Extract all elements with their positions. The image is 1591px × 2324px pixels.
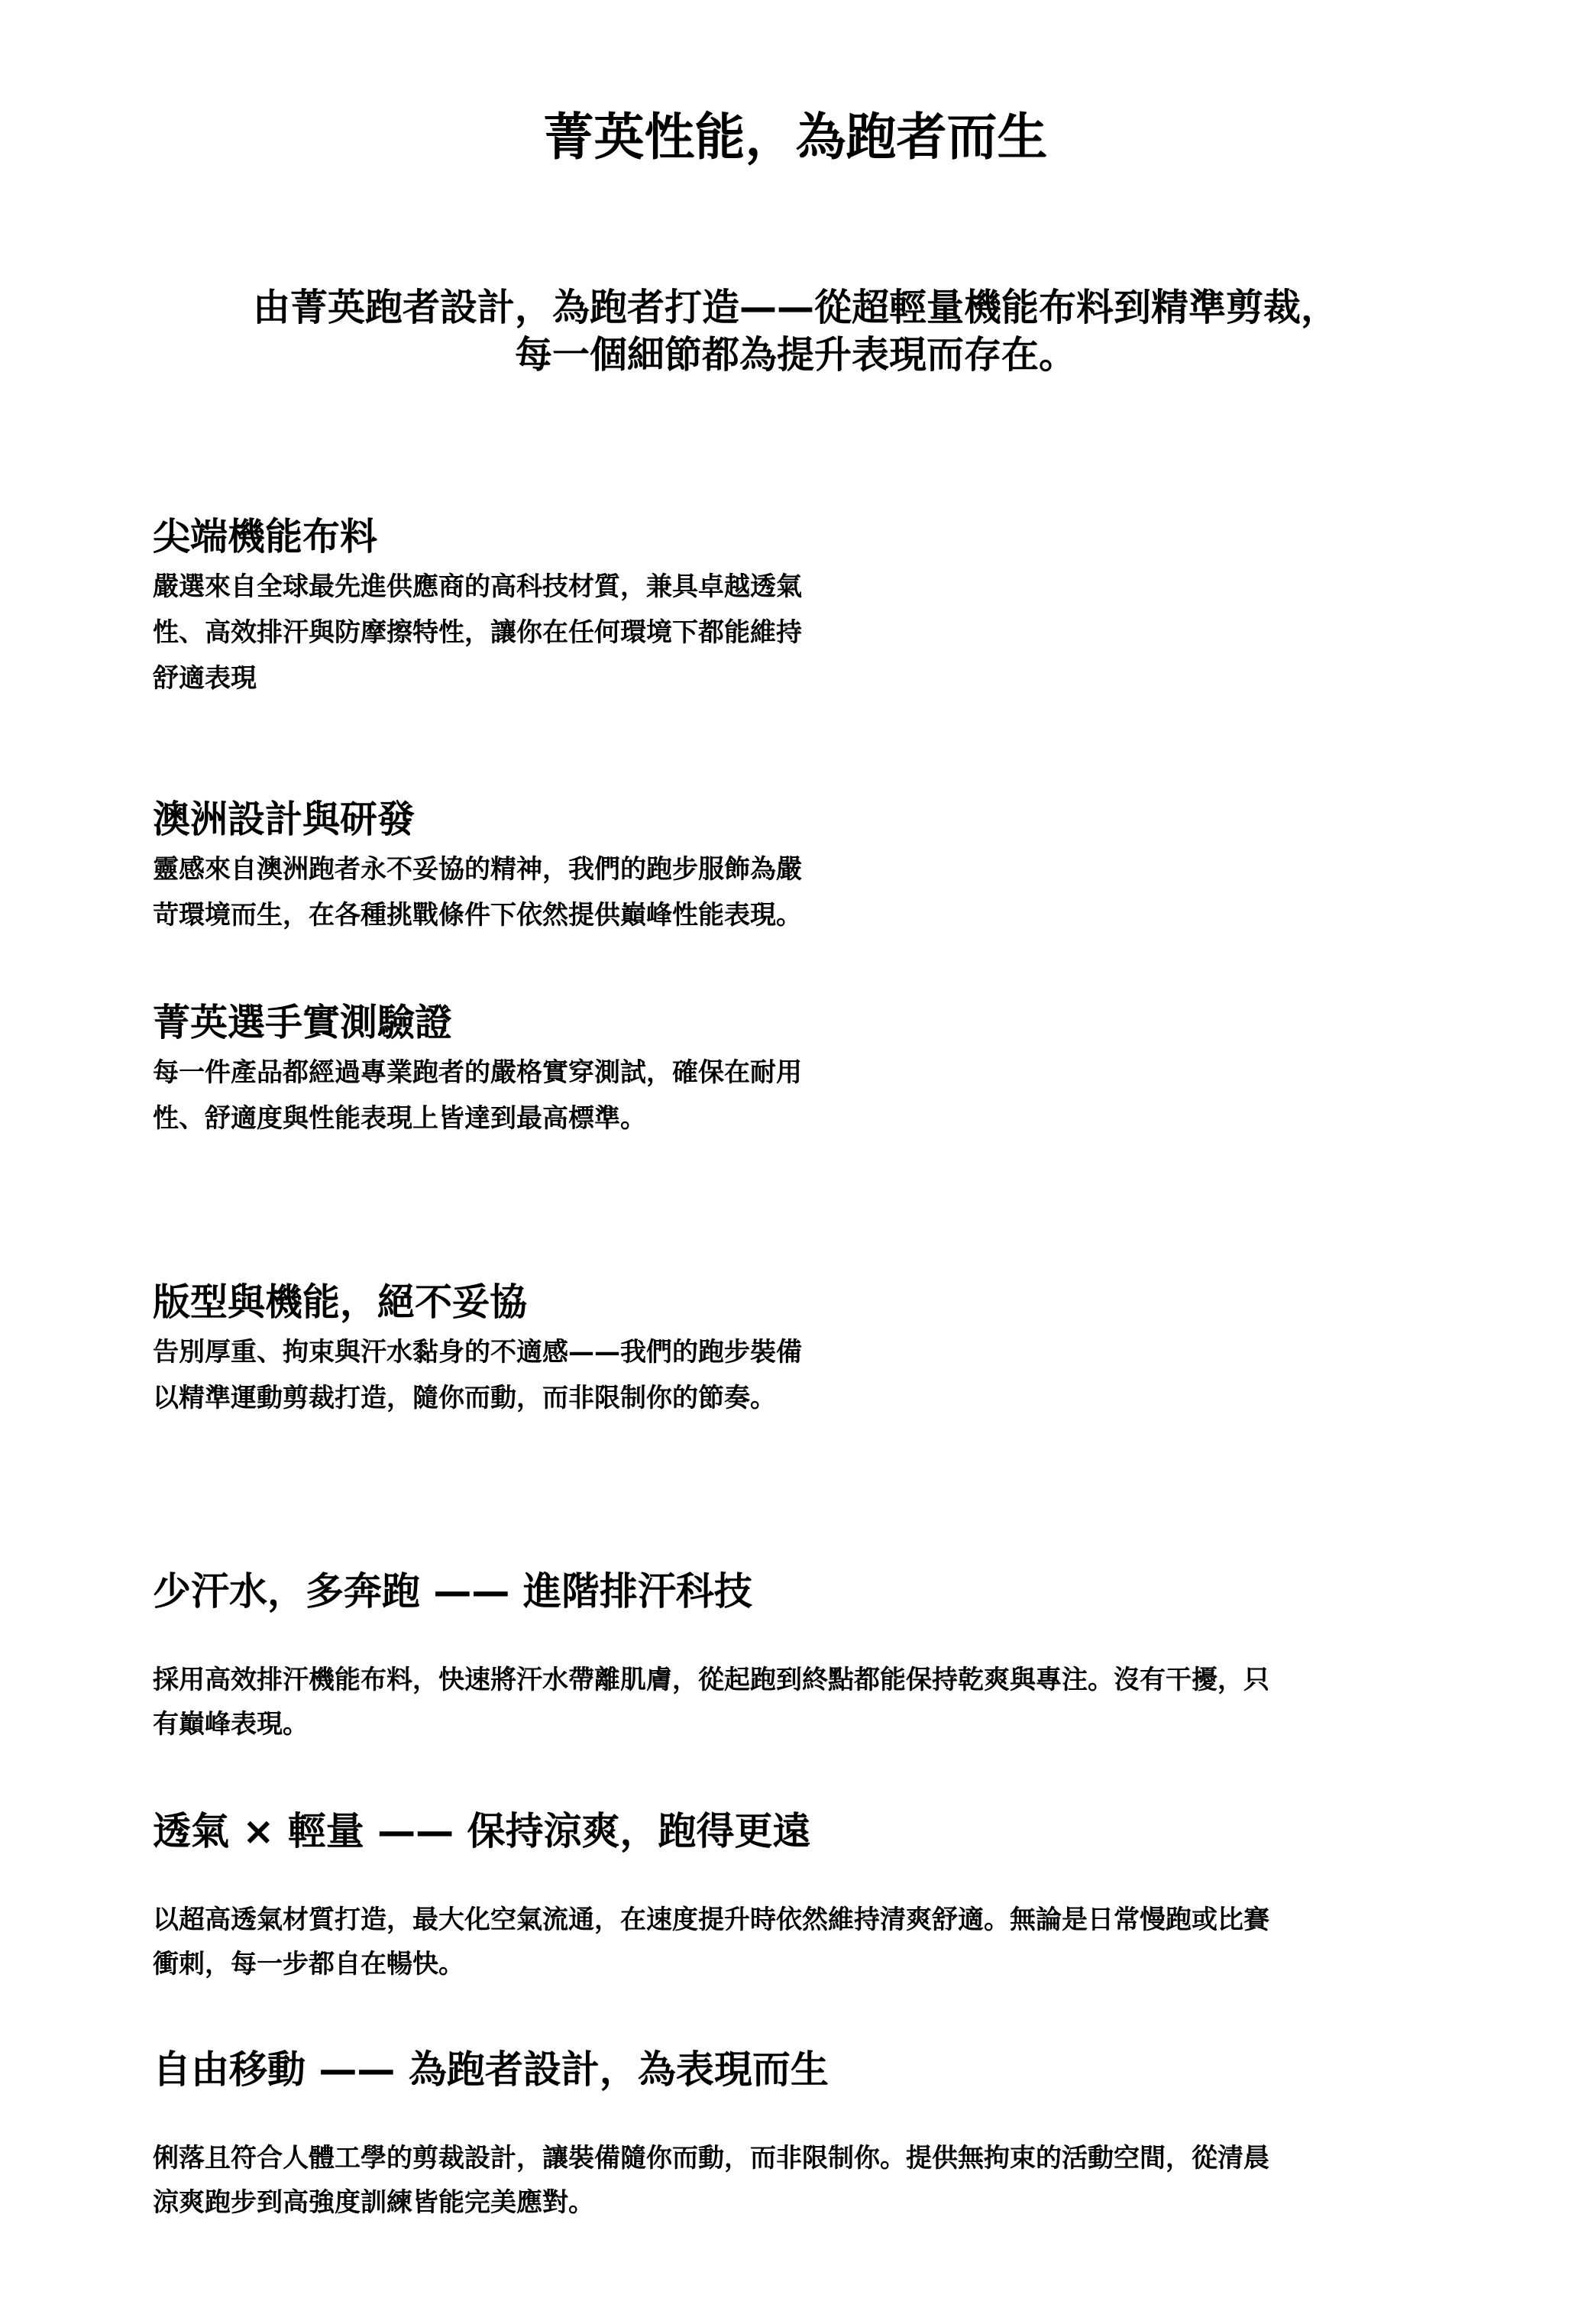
feature-body: 靈感來自澳洲跑者永不妥協的精神，我們的跑步服飾為嚴 苛環境而生，在各種挑戰條件下…: [153, 846, 917, 938]
subtitle-line: 每一個細節都為提升表現而存在。: [76, 332, 1515, 379]
feature-body-line: 以精準運動剪裁打造，隨你而動，而非限制你的節奏。: [153, 1375, 917, 1421]
tech-heading: 少汗水，多奔跑 —— 進階排汗科技: [153, 1565, 1467, 1618]
tech-body: 以超高透氣材質打造，最大化空氣流通，在速度提升時依然維持清爽舒適。無論是日常慢跑…: [153, 1898, 1467, 1986]
feature-body-line: 告別厚重、拘束與汗水黏身的不適感——我們的跑步裝備: [153, 1329, 917, 1375]
tech-body-line: 涼爽跑步到高強度訓練皆能完美應對。: [153, 2180, 1467, 2225]
feature-heading: 菁英選手實測驗證: [153, 996, 917, 1050]
feature-body-line: 靈感來自澳洲跑者永不妥協的精神，我們的跑步服飾為嚴: [153, 846, 917, 892]
tech-moisture-wicking: 少汗水，多奔跑 —— 進階排汗科技 採用高效排汗機能布料，快速將汗水帶離肌膚，從…: [153, 1565, 1467, 1746]
subtitle-line: 由菁英跑者設計，為跑者打造——從超輕量機能布料到精準剪裁，: [76, 284, 1515, 332]
feature-body-line: 嚴選來自全球最先進供應商的高科技材質，兼具卓越透氣: [153, 564, 917, 610]
feature-body-line: 性、高效排汗與防摩擦特性，讓你在任何環境下都能維持: [153, 610, 917, 655]
feature-body-line: 性、舒適度與性能表現上皆達到最高標準。: [153, 1096, 917, 1141]
tech-body-line: 衝刺，每一步都自在暢快。: [153, 1942, 1467, 1986]
tech-heading: 自由移動 —— 為跑者設計，為表現而生: [153, 2043, 1467, 2096]
feature-body: 每一件產品都經過專業跑者的嚴格實穿測試，確保在耐用 性、舒適度與性能表現上皆達到…: [153, 1050, 917, 1141]
feature-advanced-fabric: 尖端機能布料 嚴選來自全球最先進供應商的高科技材質，兼具卓越透氣 性、高效排汗與…: [153, 510, 917, 701]
feature-heading: 澳洲設計與研發: [153, 793, 917, 846]
page-subtitle: 由菁英跑者設計，為跑者打造——從超輕量機能布料到精準剪裁， 每一個細節都為提升表…: [76, 284, 1515, 379]
tech-heading: 透氣 × 輕量 —— 保持涼爽，跑得更遠: [153, 1804, 1467, 1858]
tech-body-line: 採用高效排汗機能布料，快速將汗水帶離肌膚，從起跑到終點都能保持乾爽與專注。沒有干…: [153, 1658, 1467, 1702]
feature-body-line: 舒適表現: [153, 655, 917, 701]
tech-body: 俐落且符合人體工學的剪裁設計，讓裝備隨你而動，而非限制你。提供無拘束的活動空間，…: [153, 2136, 1467, 2225]
tech-body-line: 有巔峰表現。: [153, 1702, 1467, 1746]
page-title: 菁英性能，為跑者而生: [0, 103, 1591, 172]
feature-body-line: 苛環境而生，在各種挑戰條件下依然提供巔峰性能表現。: [153, 892, 917, 938]
feature-heading: 版型與機能，絕不妥協: [153, 1276, 917, 1329]
feature-elite-tested: 菁英選手實測驗證 每一件產品都經過專業跑者的嚴格實穿測試，確保在耐用 性、舒適度…: [153, 996, 917, 1141]
feature-body: 嚴選來自全球最先進供應商的高科技材質，兼具卓越透氣 性、高效排汗與防摩擦特性，讓…: [153, 564, 917, 701]
tech-body: 採用高效排汗機能布料，快速將汗水帶離肌膚，從起跑到終點都能保持乾爽與專注。沒有干…: [153, 1658, 1467, 1746]
feature-fit-and-function: 版型與機能，絕不妥協 告別厚重、拘束與汗水黏身的不適感——我們的跑步裝備 以精準…: [153, 1276, 917, 1421]
tech-body-line: 俐落且符合人體工學的剪裁設計，讓裝備隨你而動，而非限制你。提供無拘束的活動空間，…: [153, 2136, 1467, 2180]
tech-freedom-of-movement: 自由移動 —— 為跑者設計，為表現而生 俐落且符合人體工學的剪裁設計，讓裝備隨你…: [153, 2043, 1467, 2225]
feature-body: 告別厚重、拘束與汗水黏身的不適感——我們的跑步裝備 以精準運動剪裁打造，隨你而動…: [153, 1329, 917, 1421]
tech-breathable-lightweight: 透氣 × 輕量 —— 保持涼爽，跑得更遠 以超高透氣材質打造，最大化空氣流通，在…: [153, 1804, 1467, 1986]
tech-body-line: 以超高透氣材質打造，最大化空氣流通，在速度提升時依然維持清爽舒適。無論是日常慢跑…: [153, 1898, 1467, 1942]
feature-heading: 尖端機能布料: [153, 510, 917, 564]
feature-body-line: 每一件產品都經過專業跑者的嚴格實穿測試，確保在耐用: [153, 1050, 917, 1096]
feature-australian-design: 澳洲設計與研發 靈感來自澳洲跑者永不妥協的精神，我們的跑步服飾為嚴 苛環境而生，…: [153, 793, 917, 938]
